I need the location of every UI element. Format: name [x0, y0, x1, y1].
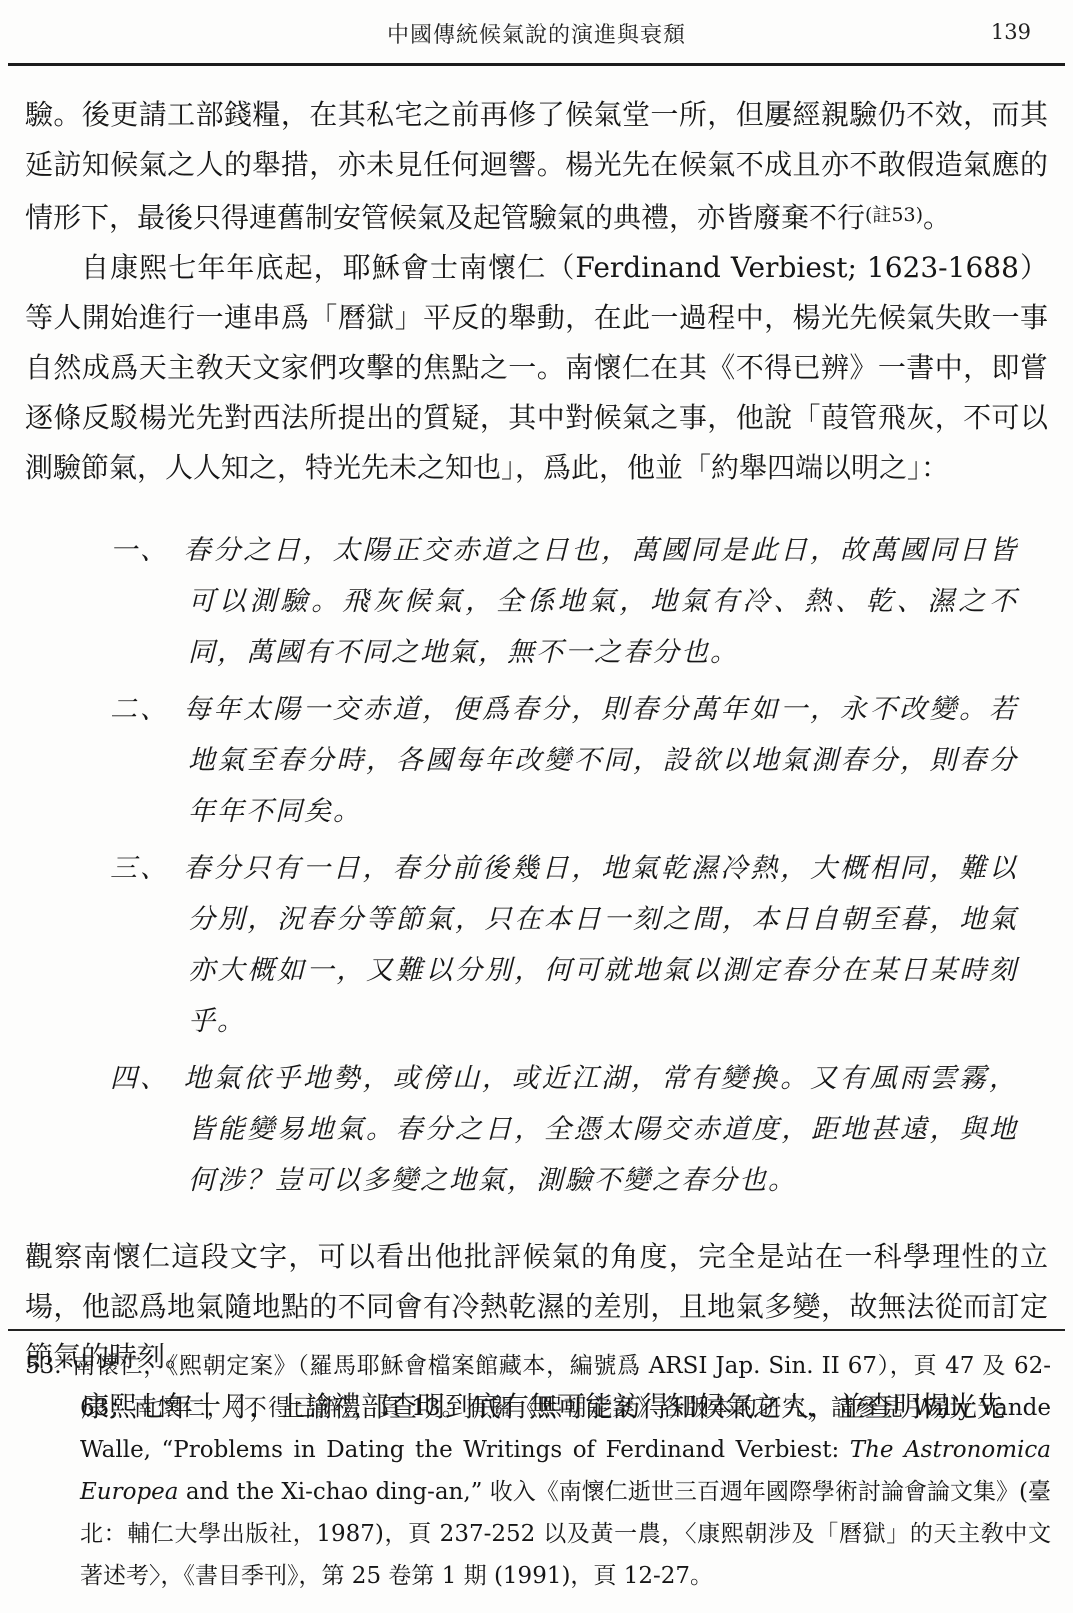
- quote-item-1-marker: 一、: [110, 535, 170, 566]
- page-body: 驗。後更請工部錢糧，在其私宅之前再修了候氣堂一所，但屢經親驗仍不效，而其延訪知候…: [0, 64, 1073, 1432]
- quote-item-1-text: 春分之日，太陽正交赤道之日也，萬國同是此日，故萬國同日皆可以測驗。飛灰候氣，全係…: [184, 535, 1018, 668]
- quote-item-2-marker: 二、: [110, 694, 170, 725]
- quote-item-3-marker: 三、: [110, 853, 170, 884]
- quote-item-2-text: 每年太陽一交赤道，便爲春分，則春分萬年如一，永不改變。若地氣至春分時，各國每年改…: [184, 694, 1018, 827]
- header-rule: [8, 63, 1065, 66]
- quote-item-4-marker: 四、: [110, 1063, 170, 1094]
- paragraph-2: 自康熙七年年底起，耶穌會士南懷仁（Ferdinand Verbiest; 162…: [25, 243, 1048, 493]
- quote-item-3: 三、春分只有一日，春分前後幾日，地氣乾濕冷熱，大概相同，難以分別，況春分等節氣，…: [110, 843, 1018, 1047]
- quote-item-3-text: 春分只有一日，春分前後幾日，地氣乾濕冷熱，大概相同，難以分別，況春分等節氣，只在…: [184, 853, 1018, 1037]
- footnote-number: 53.: [25, 1353, 62, 1379]
- quote-item-1: 一、春分之日，太陽正交赤道之日也，萬國同是此日，故萬國同日皆可以測驗。飛灰候氣，…: [110, 525, 1018, 678]
- document-page: 中國傳統候氣說的演進與衰頹 139 驗。後更請工部錢糧，在其私宅之前再修了候氣堂…: [0, 0, 1073, 1613]
- paragraph-1-tail: 。: [923, 201, 951, 234]
- page-number: 139: [991, 20, 1031, 44]
- paragraph-1: 驗。後更請工部錢糧，在其私宅之前再修了候氣堂一所，但屢經親驗仍不效，而其延訪知候…: [25, 90, 1048, 243]
- quote-item-2: 二、每年太陽一交赤道，便爲春分，則春分萬年如一，永不改變。若地氣至春分時，各國每…: [110, 684, 1018, 837]
- quote-item-4: 四、地氣依乎地勢，或傍山，或近江湖，常有變換。又有風雨雲霧，皆能變易地氣。春分之…: [110, 1053, 1018, 1206]
- running-head: 中國傳統候氣說的演進與衰頹 139: [0, 0, 1073, 64]
- footnote-area: 53.南懷仁，《熙朝定案》（羅馬耶穌會檔案館藏本，編號爲 ARSI Jap. S…: [0, 1329, 1073, 1597]
- page-title: 中國傳統候氣說的演進與衰頹: [0, 18, 1073, 49]
- footnote-reference-53: (註53): [865, 204, 923, 226]
- footnote-text-part2: and the Xi-chao ding-an,” 收入《南懷仁逝世三百週年國際…: [80, 1479, 1051, 1589]
- footnote-rule: [8, 1329, 1065, 1331]
- quote-item-4-text: 地氣依乎地勢，或傍山，或近江湖，常有變換。又有風雨雲霧，皆能變易地氣。春分之日，…: [184, 1063, 1018, 1196]
- quote-block: 一、春分之日，太陽正交赤道之日也，萬國同是此日，故萬國同日皆可以測驗。飛灰候氣，…: [110, 525, 1018, 1206]
- footnote-53: 53.南懷仁，《熙朝定案》（羅馬耶穌會檔案館藏本，編號爲 ARSI Jap. S…: [25, 1345, 1051, 1597]
